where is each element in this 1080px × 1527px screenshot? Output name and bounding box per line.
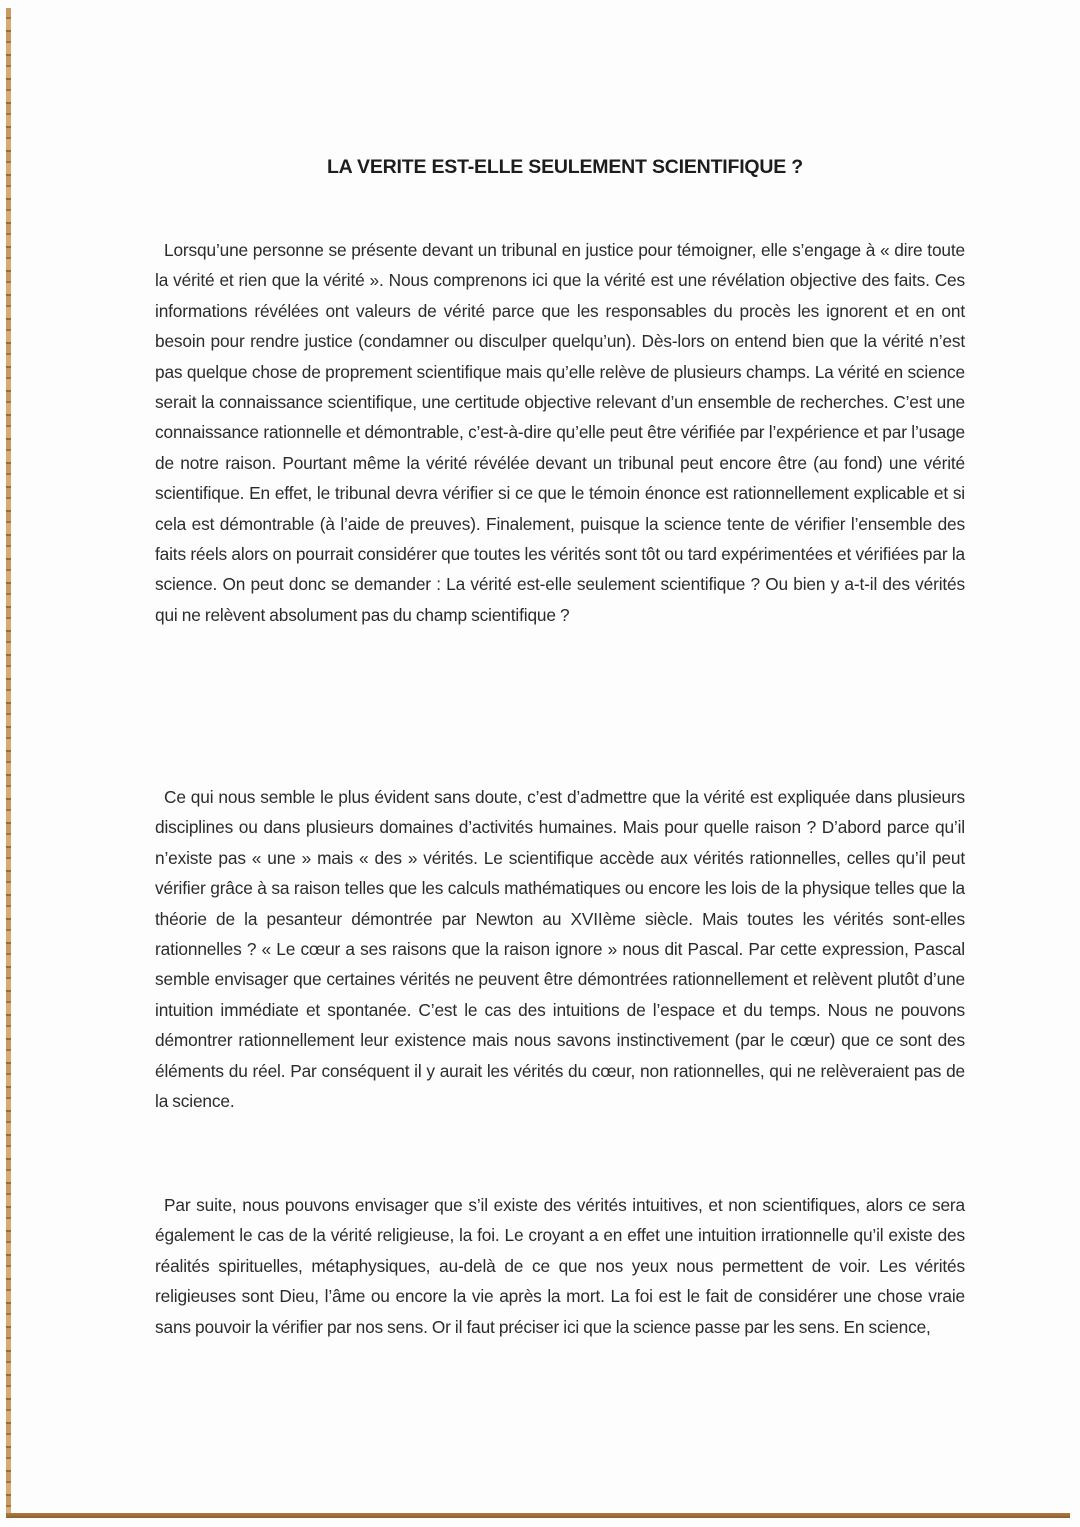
paragraph-introduction: Lorsqu’une personne se présente devant u… (155, 235, 965, 630)
essay-title: LA VERITE EST-ELLE SEULEMENT SCIENTIFIQU… (0, 156, 1080, 179)
paper-edge-bottom (6, 1513, 1070, 1518)
paper-edge-left (6, 8, 11, 1518)
scanned-page: LA VERITE EST-ELLE SEULEMENT SCIENTIFIQU… (0, 0, 1080, 1527)
paragraph-body-2: Par suite, nous pouvons envisager que s’… (155, 1190, 965, 1342)
paragraph-body-1: Ce qui nous semble le plus évident sans … (155, 782, 965, 1116)
